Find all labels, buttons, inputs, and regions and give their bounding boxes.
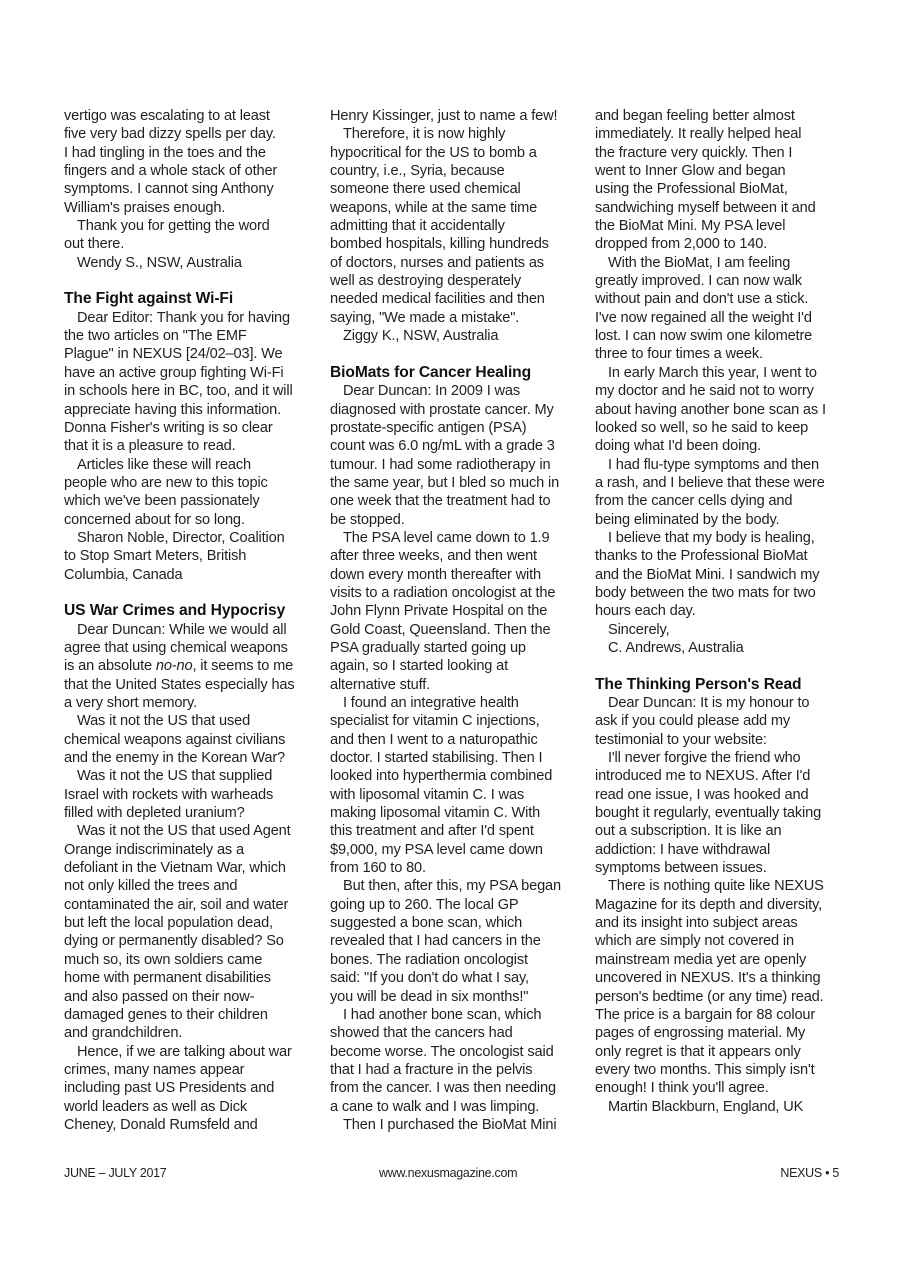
text-line: Cheney, Donald Rumsfeld and — [64, 1116, 326, 1134]
text-line: which we've been passionately — [64, 492, 326, 510]
text-line: C. Andrews, Australia — [595, 639, 857, 657]
text-line: someone there used chemical — [330, 180, 592, 198]
text-line: that it is a pleasure to read. — [64, 437, 326, 455]
text-line: prostate-specific antigen (PSA) — [330, 419, 592, 437]
text-line: the same year, but I bled so much in — [330, 474, 592, 492]
text-line: But then, after this, my PSA began — [330, 877, 592, 895]
letter-heading: The Thinking Person's Read — [595, 676, 857, 694]
text-line: suggested a bone scan, which — [330, 914, 592, 932]
text-line: dropped from 2,000 to 140. — [595, 235, 857, 253]
text-line: about having another bone scan as I — [595, 401, 857, 419]
text-line: not only killed the trees and — [64, 877, 326, 895]
text-line: and the BioMat Mini. I sandwich my — [595, 566, 857, 584]
text-line: Plague" in NEXUS [24/02–03]. We — [64, 345, 326, 363]
section-spacer — [595, 657, 857, 675]
text-line: greatly improved. I can now walk — [595, 272, 857, 290]
section-spacer — [64, 584, 326, 602]
text-line: Articles like these will reach — [64, 456, 326, 474]
text-line: and then I went to a naturopathic — [330, 731, 592, 749]
text-line: which are simply not covered in — [595, 932, 857, 950]
text-line: to Stop Smart Meters, British — [64, 547, 326, 565]
text-line: my doctor and he said not to worry — [595, 382, 857, 400]
text-line: including past US Presidents and — [64, 1079, 326, 1097]
text-line: tumour. I had some radiotherapy in — [330, 456, 592, 474]
text-line: count was 6.0 ng/mL with a grade 3 — [330, 437, 592, 455]
text-line: visits to a radiation oncologist at the — [330, 584, 592, 602]
text-line: Israel with rockets with warheads — [64, 786, 326, 804]
text-line: symptoms between issues. — [595, 859, 857, 877]
text-line: from the cancer cells dying and — [595, 492, 857, 510]
text-line: Henry Kissinger, just to name a few! — [330, 107, 592, 125]
text-line: Martin Blackburn, England, UK — [595, 1098, 857, 1116]
text-line: you will be dead in six months!" — [330, 988, 592, 1006]
text-line: bombed hospitals, killing hundreds — [330, 235, 592, 253]
text-line: Magazine for its depth and diversity, — [595, 896, 857, 914]
letter-heading: US War Crimes and Hypocrisy — [64, 602, 326, 620]
text-line: looked into hyperthermia combined — [330, 767, 592, 785]
letter-heading: BioMats for Cancer Healing — [330, 364, 592, 382]
letter-heading: The Fight against Wi-Fi — [64, 290, 326, 308]
text-line: The PSA level came down to 1.9 — [330, 529, 592, 547]
text-line: people who are new to this topic — [64, 474, 326, 492]
text-line: Then I purchased the BioMat Mini — [330, 1116, 592, 1134]
emphasis: no-no — [156, 658, 193, 674]
text-line: going up to 260. The local GP — [330, 896, 592, 914]
text-line: have an active group fighting Wi-Fi — [64, 364, 326, 382]
text-line: thanks to the Professional BioMat — [595, 547, 857, 565]
text-line: William's praises enough. — [64, 199, 326, 217]
text-line: one week that the treatment had to — [330, 492, 592, 510]
text-line: Wendy S., NSW, Australia — [64, 254, 326, 272]
text-line: is an absolute no-no, it seems to me — [64, 657, 326, 675]
text-line: Gold Coast, Queensland. Then the — [330, 621, 592, 639]
text-line: in schools here in BC, too, and it will — [64, 382, 326, 400]
text-line: a cane to walk and I was limping. — [330, 1098, 592, 1116]
text-line: alternative stuff. — [330, 676, 592, 694]
section-spacer — [64, 272, 326, 290]
text-line: vertigo was escalating to at least — [64, 107, 326, 125]
text-line: introduced me to NEXUS. After I'd — [595, 767, 857, 785]
text-line: $9,000, my PSA level came down — [330, 841, 592, 859]
text-line: person's bedtime (or any time) read. — [595, 988, 857, 1006]
text-line: that I had a fracture in the pelvis — [330, 1061, 592, 1079]
text-line: The price is a bargain for 88 colour — [595, 1006, 857, 1024]
text-line: went to Inner Glow and began — [595, 162, 857, 180]
text-line: Dear Duncan: In 2009 I was — [330, 382, 592, 400]
text-line: that the United States especially has — [64, 676, 326, 694]
text-line: three to four times a week. — [595, 345, 857, 363]
text-line: Columbia, Canada — [64, 566, 326, 584]
text-line: out a subscription. It is like an — [595, 822, 857, 840]
text-line: specialist for vitamin C injections, — [330, 712, 592, 730]
text-line: testimonial to your website: — [595, 731, 857, 749]
text-line: hours each day. — [595, 602, 857, 620]
text-line: bought it regularly, eventually taking — [595, 804, 857, 822]
text-line: world leaders as well as Dick — [64, 1098, 326, 1116]
text-line: I'll never forgive the friend who — [595, 749, 857, 767]
text-line: Hence, if we are talking about war — [64, 1043, 326, 1061]
text-line: appreciate having this information. — [64, 401, 326, 419]
text-line: down every month thereafter with — [330, 566, 592, 584]
text-line: With the BioMat, I am feeling — [595, 254, 857, 272]
text-line: uncovered in NEXUS. It's a thinking — [595, 969, 857, 987]
text-line: using the Professional BioMat, — [595, 180, 857, 198]
text-line: Dear Duncan: It is my honour to — [595, 694, 857, 712]
text-line: I believe that my body is healing, — [595, 529, 857, 547]
text-line: In early March this year, I went to — [595, 364, 857, 382]
text-line: after three weeks, and then went — [330, 547, 592, 565]
text-line: being eliminated by the body. — [595, 511, 857, 529]
text-line: PSA gradually started going up — [330, 639, 592, 657]
text-line: I had flu-type symptoms and then — [595, 456, 857, 474]
text-line: much so, its own soldiers came — [64, 951, 326, 969]
text-line: Sincerely, — [595, 621, 857, 639]
text-line: concerned about for so long. — [64, 511, 326, 529]
text-line: agree that using chemical weapons — [64, 639, 326, 657]
footer-website-url: www.nexusmagazine.com — [379, 1166, 517, 1180]
text-line: defoliant in the Vietnam War, which — [64, 859, 326, 877]
text-line: without pain and don't use a stick. — [595, 290, 857, 308]
text-line: admitting that it accidentally — [330, 217, 592, 235]
text-line: chemical weapons against civilians — [64, 731, 326, 749]
text-line: contaminated the air, soil and water — [64, 896, 326, 914]
text-line: only regret is that it appears only — [595, 1043, 857, 1061]
text-line: addiction: I have withdrawal — [595, 841, 857, 859]
column-3: and began feeling better almostimmediate… — [595, 107, 857, 1116]
footer-issue-date: JUNE – JULY 2017 — [64, 1166, 166, 1180]
text-line: diagnosed with prostate cancer. My — [330, 401, 592, 419]
text-line: a rash, and I believe that these were — [595, 474, 857, 492]
text-line: read one issue, I was hooked and — [595, 786, 857, 804]
text-line: Dear Editor: Thank you for having — [64, 309, 326, 327]
text-line: a very short memory. — [64, 694, 326, 712]
text-line: Thank you for getting the word — [64, 217, 326, 235]
text-line: Was it not the US that supplied — [64, 767, 326, 785]
text-line: from 160 to 80. — [330, 859, 592, 877]
text-line: body between the two mats for two — [595, 584, 857, 602]
text-line: pages of engrossing material. My — [595, 1024, 857, 1042]
text-line: I had another bone scan, which — [330, 1006, 592, 1024]
text-line: out there. — [64, 235, 326, 253]
text-line: the BioMat Mini. My PSA level — [595, 217, 857, 235]
text-line: needed medical facilities and then — [330, 290, 592, 308]
text-line: and the enemy in the Korean War? — [64, 749, 326, 767]
text-line: Was it not the US that used Agent — [64, 822, 326, 840]
text-line: country, i.e., Syria, because — [330, 162, 592, 180]
text-line: and its insight into subject areas — [595, 914, 857, 932]
text-line: said: "If you don't do what I say, — [330, 969, 592, 987]
text-line: Was it not the US that used — [64, 712, 326, 730]
text-line: every two months. This simply isn't — [595, 1061, 857, 1079]
text-line: home with permanent disabilities — [64, 969, 326, 987]
text-line: I had tingling in the toes and the — [64, 144, 326, 162]
text-line: the fracture very quickly. Then I — [595, 144, 857, 162]
text-line: five very bad dizzy spells per day. — [64, 125, 326, 143]
text-line: and grandchildren. — [64, 1024, 326, 1042]
text-line: doing what I'd been doing. — [595, 437, 857, 455]
text-line: enough! I think you'll agree. — [595, 1079, 857, 1097]
text-line: Therefore, it is now highly — [330, 125, 592, 143]
text-line: the two articles on "The EMF — [64, 327, 326, 345]
text-line: There is nothing quite like NEXUS — [595, 877, 857, 895]
text-line: from the cancer. I was then needing — [330, 1079, 592, 1097]
text-line: John Flynn Private Hospital on the — [330, 602, 592, 620]
text-line: saying, "We made a mistake". — [330, 309, 592, 327]
text-line: with liposomal vitamin C. I was — [330, 786, 592, 804]
text-line: but left the local population dead, — [64, 914, 326, 932]
text-line: become worse. The oncologist said — [330, 1043, 592, 1061]
text-line: crimes, many names appear — [64, 1061, 326, 1079]
text-line: again, so I started looking at — [330, 657, 592, 675]
text-line: mainstream media yet are openly — [595, 951, 857, 969]
text-line: looked so well, so he said to keep — [595, 419, 857, 437]
text-line: I've now regained all the weight I'd — [595, 309, 857, 327]
column-1: vertigo was escalating to at leastfive v… — [64, 107, 326, 1134]
text-line: be stopped. — [330, 511, 592, 529]
text-line: making liposomal vitamin C. With — [330, 804, 592, 822]
text-line: I found an integrative health — [330, 694, 592, 712]
text-line: and also passed on their now- — [64, 988, 326, 1006]
text-line: hypocritical for the US to bomb a — [330, 144, 592, 162]
text-line: Dear Duncan: While we would all — [64, 621, 326, 639]
text-line: lost. I can now swim one kilometre — [595, 327, 857, 345]
text-line: damaged genes to their children — [64, 1006, 326, 1024]
section-spacer — [330, 345, 592, 363]
text-line: immediately. It really helped heal — [595, 125, 857, 143]
text-line: well as destroying desperately — [330, 272, 592, 290]
text-line: this treatment and after I'd spent — [330, 822, 592, 840]
column-2: Henry Kissinger, just to name a few!Ther… — [330, 107, 592, 1134]
text-line: filled with depleted uranium? — [64, 804, 326, 822]
footer-page-number: NEXUS • 5 — [780, 1166, 839, 1180]
text-line: bones. The radiation oncologist — [330, 951, 592, 969]
text-line: and began feeling better almost — [595, 107, 857, 125]
text-line: of doctors, nurses and patients as — [330, 254, 592, 272]
text-line: Donna Fisher's writing is so clear — [64, 419, 326, 437]
text-line: revealed that I had cancers in the — [330, 932, 592, 950]
text-line: dying or permanently disabled? So — [64, 932, 326, 950]
text-line: weapons, while at the same time — [330, 199, 592, 217]
text-line: Sharon Noble, Director, Coalition — [64, 529, 326, 547]
text-line: showed that the cancers had — [330, 1024, 592, 1042]
text-line: Orange indiscriminately as a — [64, 841, 326, 859]
text-line: fingers and a whole stack of other — [64, 162, 326, 180]
text-line: symptoms. I cannot sing Anthony — [64, 180, 326, 198]
text-line: ask if you could please add my — [595, 712, 857, 730]
text-line: doctor. I started stabilising. Then I — [330, 749, 592, 767]
text-line: Ziggy K., NSW, Australia — [330, 327, 592, 345]
text-line: sandwiching myself between it and — [595, 199, 857, 217]
